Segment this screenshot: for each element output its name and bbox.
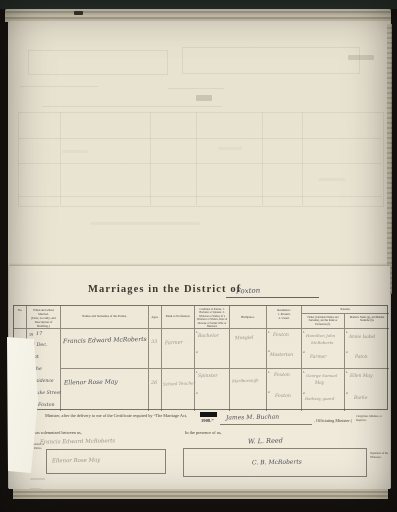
presence-text: In the presence of us,	[185, 430, 222, 435]
year-printed: 19	[29, 332, 33, 337]
col-header-parents: Parents.	[302, 306, 389, 314]
groom-mother-name: Annie Isabel	[349, 334, 375, 339]
cell-age-r1: 33	[149, 329, 162, 369]
groom-birthplace: Mosgiel	[235, 336, 254, 342]
cell-mother-r2: 1. Ellen May 2. Burke	[345, 369, 389, 411]
witnesses-note: Signatures of the Witnesses.	[370, 452, 390, 459]
cell-rank-r1: Farmer	[162, 329, 195, 369]
ghost-caption	[90, 222, 200, 225]
col-header-residence: Residence: 1. Present. 2. Usual.	[267, 306, 302, 329]
page-edges-bottom	[13, 489, 388, 499]
ghost-line-1	[20, 86, 98, 87]
bride-age: 26	[151, 380, 157, 386]
bride-father-name-1: George Samuel	[306, 373, 337, 378]
ghost-table-row1	[18, 138, 382, 139]
district-underline	[226, 297, 319, 298]
bride-rank: School Teacher	[163, 380, 196, 386]
bride-mother-name: Ellen May	[350, 374, 372, 379]
district-name: Foxton	[236, 287, 260, 296]
officiating-minister-label: , Officiating Minister (	[314, 418, 352, 423]
minister-declaration: Minister, after the delivery to me of th…	[45, 413, 187, 418]
ghost-ink-spot	[196, 95, 212, 101]
groom-condition: Bachelor	[198, 334, 219, 339]
groom-age: 33	[151, 339, 157, 345]
cell-father-r1: 1. Hamilton John McRoberts 2. Farmer	[302, 329, 345, 369]
cell-mother-r1: 1. Annie Isabel 2. Paton	[345, 329, 389, 369]
marker-6: 2.	[303, 350, 305, 354]
bride-name: Ellenor Rose May	[64, 379, 118, 387]
ghost-writing-3	[318, 178, 346, 181]
groom-father-rank: Farmer	[310, 355, 326, 360]
cell-birthplace-r2: Marlborough	[230, 369, 267, 411]
cell-residence-r2: 1. Foxton 2. Foxton	[267, 369, 302, 411]
ghost-col-3	[196, 112, 197, 205]
groom-residence-present: Foxton	[273, 333, 289, 338]
marker-13: 1.	[303, 370, 305, 374]
groom-father-name-2: McRoberts	[311, 340, 333, 345]
col-header-birthplace: Birthplace.	[230, 306, 267, 329]
witness2-signature: C. B. McRoberts	[252, 459, 302, 467]
ghost-col-4	[262, 112, 263, 205]
ghost-box-right	[182, 47, 360, 74]
when-line-6: Foxton	[38, 403, 55, 408]
bride-father-name-2: May	[315, 380, 324, 385]
cell-age-r2: 26	[149, 369, 162, 411]
ghost-table-row2	[18, 163, 382, 164]
groom-name: Francis Edward McRoberts	[63, 336, 147, 345]
marker-3: 1.	[268, 330, 270, 334]
col-header-residence-main: Residence:	[277, 308, 291, 312]
margin-mark-1	[30, 478, 45, 480]
bride-father-rank: Railway guard	[305, 396, 334, 401]
marker-10: 2.	[196, 391, 198, 395]
book-top-edge	[0, 0, 397, 9]
marker-2: 2.	[196, 350, 198, 354]
groom-rank: Farmer	[165, 341, 183, 347]
ghost-writing-1	[62, 150, 88, 153]
cell-residence-r1: 1. Foxton 2. Masterton	[267, 329, 302, 369]
cell-birthplace-r1: Mosgiel	[230, 329, 267, 369]
col-header-residence-2: 2. Usual.	[268, 316, 300, 320]
cell-condition-r2: 1. Spinster 2.	[195, 369, 230, 411]
bride-residence-usual: Foxton	[275, 394, 291, 399]
marker-5: 1.	[303, 330, 305, 334]
col-header-mother: Mother's Name (g), and Maiden Surname (h…	[345, 314, 389, 329]
ghost-writing-2	[218, 147, 242, 150]
col-header-rank: Rank or Profession.	[162, 306, 195, 329]
ghost-table-row3	[18, 196, 382, 197]
marker-15: 1.	[346, 370, 348, 374]
ghost-stamp	[348, 55, 374, 60]
col-header-when-main: When and where Married.	[33, 308, 54, 316]
minister-signature: James M. Buchan	[226, 414, 279, 422]
ghost-line-2	[168, 88, 224, 89]
marker-16: 2.	[346, 391, 348, 395]
col-header-ages: Ages.	[149, 306, 162, 329]
marker-12: 2.	[268, 390, 270, 394]
cell-father-r2: 1. George Samuel May 2. Railway guard	[302, 369, 345, 411]
binding-mark	[74, 11, 83, 15]
col-header-when: When and where Married. (Date, Locality,…	[27, 306, 61, 329]
cell-name-r1: Francis Edward McRoberts	[61, 329, 149, 369]
bride-condition: Spinster	[198, 374, 218, 379]
bride-birthplace: Marlborough	[232, 378, 259, 384]
ghost-col-5	[302, 112, 303, 205]
marriage-table: No. When and where Married. (Date, Local…	[13, 305, 388, 410]
register-photo: Marriages in the District of Foxton No. …	[0, 0, 397, 512]
col-header-condition: Condition of Parties: 1. Bachelor or Spi…	[195, 306, 230, 329]
col-header-names: Names and Surnames of the Parties.	[61, 306, 149, 329]
bride-mother-maiden: Burke	[354, 396, 367, 401]
ghost-table	[18, 112, 384, 207]
groom-mother-maiden: Paton	[355, 355, 368, 360]
col-header-no: No.	[14, 306, 27, 329]
cell-condition-r1: 1. Bachelor 2.	[195, 329, 230, 369]
marker-8: 2.	[346, 350, 348, 354]
cell-rank-r2: School Teacher	[162, 369, 195, 411]
col-header-father: Father (Christian Names and Surname), an…	[302, 314, 345, 329]
ghost-col-2	[150, 112, 151, 205]
minister-signature-line	[220, 424, 312, 425]
cell-name-r2: Ellenor Rose May	[61, 369, 149, 411]
ghost-col-1	[60, 112, 61, 205]
marker-7: 1.	[346, 330, 348, 334]
marker-11: 1.	[268, 370, 270, 374]
redacted-year	[200, 412, 217, 417]
ghost-box-left	[28, 50, 168, 75]
act-year: 1908.”	[201, 418, 214, 423]
officiating-minister-note: Clergyman, Minister, or Registrar.	[356, 415, 388, 422]
bride-residence-present: Foxton	[274, 373, 290, 378]
witness1-signature: W. L. Reed	[248, 437, 283, 446]
groom-father-name-1: Hamilton John	[306, 333, 335, 338]
year-written: 17	[36, 331, 42, 337]
bride-signature: Ellenor Rose May	[52, 458, 100, 465]
col-header-when-sub: (Date, Locality, and Description of Buil…	[28, 316, 59, 328]
page-edges-right	[387, 24, 392, 294]
groom-residence-usual: Masterton	[270, 353, 293, 358]
marker-14: 2.	[303, 391, 305, 395]
ghost-line-3	[42, 106, 222, 107]
page-title: Marriages in the District of	[88, 284, 241, 295]
